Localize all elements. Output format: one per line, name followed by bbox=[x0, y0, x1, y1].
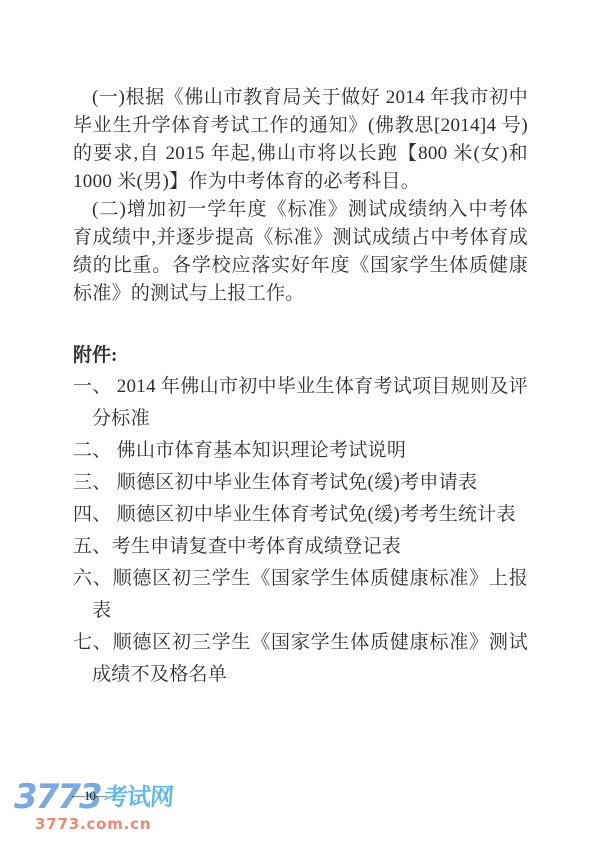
watermark-domain-text: 3773.com.cn bbox=[35, 815, 173, 833]
attachment-item-6: 六、顺德区初三学生《国家学生体质健康标准》上报表 bbox=[73, 563, 528, 627]
attachment-item-4: 四、 顺德区初中毕业生体育考试免(缓)考考生统计表 bbox=[73, 499, 528, 531]
attachments-list: 一、 2014 年佛山市初中毕业生体育考试项目规则及评分标准 二、 佛山市体育基… bbox=[73, 371, 528, 691]
document-body: (一)根据《佛山市教育局关于做好 2014 年我市初中毕业生升学体育考试工作的通… bbox=[73, 84, 528, 691]
attachment-item-7: 七、顺德区初三学生《国家学生体质健康标准》测试成绩不及格名单 bbox=[73, 627, 528, 691]
paragraph-2: (二)增加初一学年度《标准》测试成绩纳入中考体育成绩中,并逐步提高《标准》测试成… bbox=[73, 196, 528, 308]
attachment-item-5: 五、考生申请复查中考体育成绩登记表 bbox=[73, 531, 528, 563]
attachments-heading: 附件: bbox=[73, 342, 528, 370]
attachment-item-3: 三、 顺德区初中毕业生体育考试免(缓)考申请表 bbox=[73, 467, 528, 499]
attachment-item-2: 二、 佛山市体育基本知识理论考试说明 bbox=[73, 435, 528, 467]
document-page: (一)根据《佛山市教育局关于做好 2014 年我市初中毕业生升学体育考试工作的通… bbox=[0, 0, 600, 848]
watermark-brand-name: 考试网 bbox=[103, 781, 174, 813]
paragraph-1: (一)根据《佛山市教育局关于做好 2014 年我市初中毕业生升学体育考试工作的通… bbox=[73, 84, 528, 196]
page-number: —10— bbox=[72, 788, 107, 804]
attachment-item-1: 一、 2014 年佛山市初中毕业生体育考试项目规则及评分标准 bbox=[73, 371, 528, 435]
